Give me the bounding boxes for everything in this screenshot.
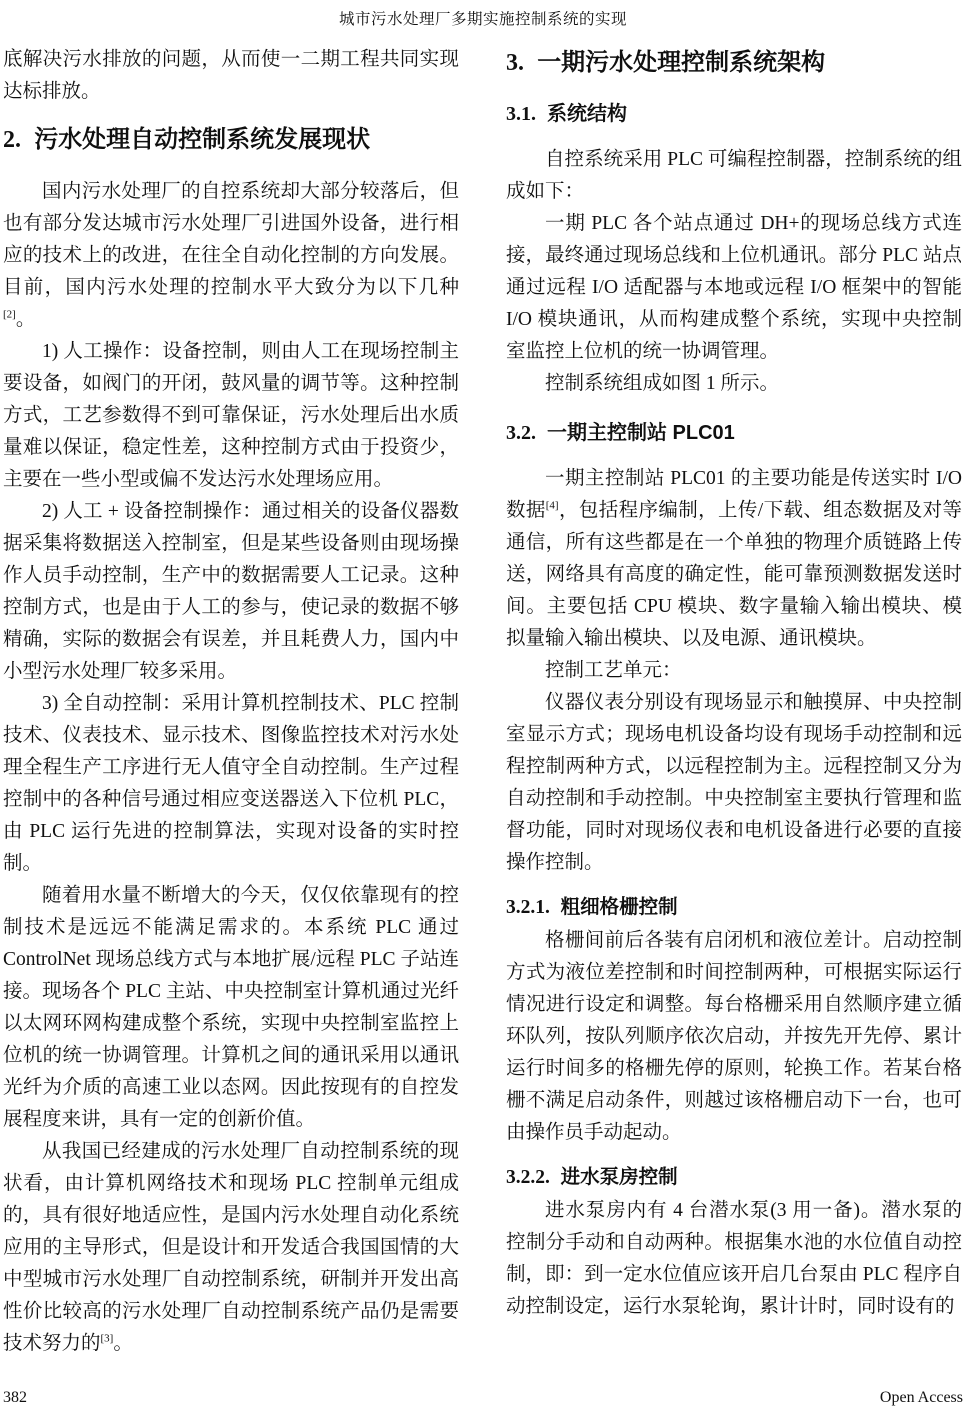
paragraph-continuation: 底解决污水排放的问题，从而使一二期工程共同实现达标排放。 [3,44,459,108]
page-footer: 382 Open Access [3,1389,963,1407]
paper-page: { "theme": { "background": "#ffffff", "t… [0,0,966,1414]
section-heading-2: 2.污水处理自动控制系统发展现状 [3,123,459,157]
paragraph: 仪器仪表分别设有现场显示和触摸屏、中央控制室显示方式；现场电机设备均设有现场手动… [506,687,962,879]
section-title: 一期主控制站 PLC01 [547,422,735,444]
section-title: 污水处理自动控制系统发展现状 [34,126,370,153]
subsection-heading-3-2-2: 3.2.2.进水泵房控制 [506,1163,962,1192]
paragraph: 2) 人工 + 设备控制操作：通过相关的设备仪器数据采集将数据送入控制室，但是某… [3,496,459,688]
citation-ref-2: [2] [3,309,16,321]
paragraph: 3) 全自动控制：采用计算机控制技术、PLC 控制技术、仪表技术、显示技术、图像… [3,688,459,880]
paragraph-text: 国内污水处理厂的自控系统却大部分较落后，但也有部分发达城市污水处理厂引进国外设备… [3,181,459,298]
paragraph: 一期主控制站 PLC01 的主要功能是传送实时 I/O 数据[4]，包括程序编制… [506,463,962,655]
running-title: 城市污水处理厂多期实施控制系统的实现 [0,7,966,29]
subsection-heading-3-2: 3.2.一期主控制站 PLC01 [506,418,962,448]
paragraph: 随着用水量不断增大的今天，仅仅依靠现有的控制技术是远远不能满足需求的。本系统 P… [3,880,459,1136]
citation-ref-4: [4] [546,500,559,512]
citation-ref-3: [3] [101,1333,114,1345]
paragraph: 从我国已经建成的污水处理厂自动控制系统的现状看，由计算机网络技术和现场 PLC … [3,1136,459,1360]
section-title: 粗细格栅控制 [561,896,678,918]
section-heading-3: 3.一期污水处理控制系统架构 [506,46,962,80]
paragraph-text: 。 [16,309,36,330]
paragraph-text: ，包括程序编制，上传/下载、组态数据及对等通信，所有这些都是在一个单独的物理介质… [506,500,962,649]
paragraph: 控制工艺单元： [506,655,962,687]
paragraph: 国内污水处理厂的自控系统却大部分较落后，但也有部分发达城市污水处理厂引进国外设备… [3,176,459,336]
left-column: 底解决污水排放的问题，从而使一二期工程共同实现达标排放。 2.污水处理自动控制系… [3,44,459,1360]
section-number: 3. [506,50,524,76]
paragraph: 进水泵房内有 4 台潜水泵(3 用一备)。潜水泵的控制分手动和自动两种。根据集水… [506,1195,962,1323]
section-number: 3.2.1. [506,897,550,918]
open-access-label: Open Access [880,1389,963,1407]
paragraph-text: 。 [113,1333,133,1354]
subsection-heading-3-1: 3.1.系统结构 [506,99,962,129]
section-number: 3.2. [506,422,536,444]
paragraph: 格栅间前后各装有启闭机和液位差计。启动控制方式为液位差控制和时间控制两种，可根据… [506,925,962,1149]
right-column: 3.一期污水处理控制系统架构 3.1.系统结构 自控系统采用 PLC 可编程控制… [506,44,962,1360]
paragraph: 一期 PLC 各个站点通过 DH+的现场总线方式连接，最终通过现场总线和上位机通… [506,208,962,368]
two-column-layout: 底解决污水排放的问题，从而使一二期工程共同实现达标排放。 2.污水处理自动控制系… [3,44,963,1360]
section-title: 一期污水处理控制系统架构 [537,49,825,76]
section-title: 进水泵房控制 [561,1166,678,1188]
section-title: 系统结构 [547,103,627,125]
paragraph-text: 从我国已经建成的污水处理厂自动控制系统的现状看，由计算机网络技术和现场 PLC … [3,1141,459,1354]
paragraph: 1) 人工操作：设备控制，则由人工在现场控制主要设备，如阀门的开闭，鼓风量的调节… [3,336,459,496]
paragraph: 控制系统组成如图 1 所示。 [506,368,962,400]
page-number: 382 [3,1389,27,1407]
subsection-heading-3-2-1: 3.2.1.粗细格栅控制 [506,893,962,922]
section-number: 2. [3,127,21,153]
paragraph: 自控系统采用 PLC 可编程控制器，控制系统的组成如下： [506,144,962,208]
section-number: 3.2.2. [506,1167,550,1188]
section-number: 3.1. [506,103,536,125]
